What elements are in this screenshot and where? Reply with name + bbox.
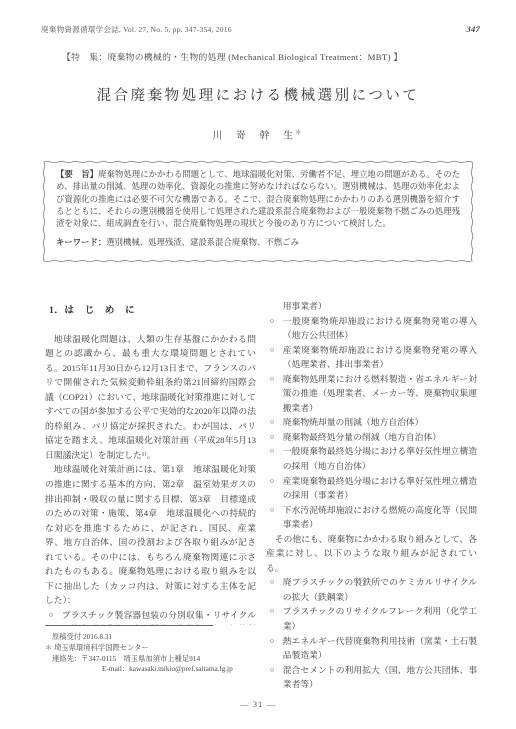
list-item: ○熱エネルギー代替廃棄物利用技術（窯業・土石製品製造業） <box>266 634 477 663</box>
list-item: ○混合セメントの利用拡大（国、地方公共団体、事業者等） <box>266 663 477 691</box>
author-name-text: 川 嵜 幹 生 <box>212 130 295 141</box>
keywords-label: キーワード： <box>56 238 106 247</box>
page-number-top: 347 <box>467 24 481 34</box>
feature-banner: 【特 集：廃棄物の機械的・生物的処理 (Mechanical Biologica… <box>62 50 476 63</box>
list-item: ○廃棄物最終処分量の削減（地方自治体） <box>266 430 477 445</box>
paragraph-1: 地球温暖化問題は、人類の生存基盤にかかわる問題との認識から、最も重大な環境問題と… <box>45 332 256 463</box>
list-item-text: 一般廃棄物焼却施設における廃棄物発電の導入（地方公共団体） <box>283 316 477 341</box>
list-item: ○一般廃棄物焼却施設における廃棄物発電の導入（地方公共団体） <box>266 314 477 343</box>
abstract-box: 【要 旨】廃棄物処理にかかわる問題として、地球温暖化対策、労働者不足、埋立地の問… <box>42 160 474 263</box>
list-item-text: 下水汚泥焼却施設における燃焼の高度化等（民間事業者） <box>283 505 477 530</box>
page-title: 混合廃棄物処理における機械選別について <box>0 84 516 105</box>
list-bullet-icon: ○ <box>270 575 275 590</box>
list-bullet-icon: ○ <box>270 343 275 358</box>
list-bullet-icon: ○ <box>270 474 275 489</box>
section-heading-introduction: 1．は じ め に <box>49 304 256 319</box>
abstract-label: 【要 旨】 <box>56 170 98 179</box>
list-item: ○廃プラスチックの製鉄所でのケミカルリサイクルの拡大（鉄鋼業） <box>266 575 477 604</box>
right-column: 用事業者） ○一般廃棄物焼却施設における廃棄物発電の導入（地方公共団体） ○産業… <box>266 299 477 691</box>
abstract-text: 廃棄物処理にかかわる問題として、地球温暖化対策、労働者不足、埋立地の問題がある。… <box>56 170 460 228</box>
list-bullet-icon: ○ <box>270 430 275 445</box>
policy-list-right-2: ○廃プラスチックの製鉄所でのケミカルリサイクルの拡大（鉄鋼業） ○プラスチックの… <box>266 575 477 691</box>
list-item-text: 廃棄物焼却量の削減（地方自治体） <box>283 417 424 427</box>
list-item: ○産業廃棄物焼却施設における廃棄物発電の導入（処理業者、排出事業者） <box>266 343 477 372</box>
journal-line: 廃棄物資源循環学会誌, Vol. 27, No. 5, pp. 347-354,… <box>41 24 232 35</box>
policy-list-right-1: ○一般廃棄物焼却施設における廃棄物発電の導入（地方公共団体） ○産業廃棄物焼却施… <box>266 314 477 532</box>
list-item-text: 産業廃棄物焼却施設における廃棄物発電の導入（処理業者、排出事業者） <box>283 345 477 370</box>
list-bullet-icon: ○ <box>270 604 275 619</box>
author-name: 川 嵜 幹 生＊ <box>0 127 516 141</box>
list-item-continuation: 用事業者） <box>266 299 477 314</box>
list-item-text: 一般廃棄物最終処分場における準好気性埋立構造の採用（地方自治体） <box>283 446 477 471</box>
list-bullet-icon: ○ <box>270 663 275 678</box>
page-footer-number: ― 31 ― <box>0 699 516 709</box>
list-bullet-icon: ○ <box>270 634 275 649</box>
footnote-rule <box>45 625 213 626</box>
list-item: ○下水汚泥焼却施設における燃焼の高度化等（民間事業者） <box>266 503 477 532</box>
list-bullet-icon: ○ <box>49 608 54 623</box>
list-item-text: 産業廃棄物最終処分場における準好気性埋立構造の採用（事業者） <box>283 476 477 501</box>
list-item-text: 廃棄物最終処分量の削減（地方自治体） <box>283 432 441 442</box>
list-item-text: プラスチックのリサイクルフレーク利用（化学工業） <box>283 606 477 631</box>
list-item-text: 混合セメントの利用拡大（国、地方公共団体、事業者等） <box>283 665 477 690</box>
paragraph-3: その他にも、廃棄物にかかわる取り組みとして、各産業に対し、以下のような取り組みが… <box>266 532 477 576</box>
list-item: ○産業廃棄物最終処分場における準好気性埋立構造の採用（事業者） <box>266 474 477 503</box>
list-bullet-icon: ○ <box>270 415 275 430</box>
footnote-block: 原稿受付 2016.8.31 ＊ 埼玉県環境科学国際センター 連絡先：〒347-… <box>45 625 256 675</box>
list-item: ○プラスチック製容器包装の分別収集・リサイクルの推進（消費者、容器製造と事業者、… <box>45 608 256 625</box>
list-bullet-icon: ○ <box>270 372 275 387</box>
keywords-text: 選別機械、処理残渣、建設系混合廃棄物、不燃ごみ <box>106 238 299 247</box>
list-item: ○プラスチックのリサイクルフレーク利用（化学工業） <box>266 604 477 633</box>
abstract-body: 【要 旨】廃棄物処理にかかわる問題として、地球温暖化対策、労働者不足、埋立地の問… <box>56 169 460 230</box>
list-item: ○一般廃棄物最終処分場における準好気性埋立構造の採用（地方自治体） <box>266 444 477 473</box>
left-column: 1．は じ め に 地球温暖化問題は、人類の生存基盤にかかわる問題との認識から、… <box>45 299 256 625</box>
author-affiliation-mark: ＊ <box>295 129 304 136</box>
footnote-email: E-mail：kawasaki.mikio@pref.saitama.lg.jp <box>102 664 256 675</box>
paragraph-2: 地球温暖化対策計画には、第1章 地球温暖化対策の推進に関する基本的方向、第2章 … <box>45 462 256 607</box>
list-item-text: プラスチック製容器包装の分別収集・リサイクルの推進（消費者、容器製造と事業者、容… <box>62 610 256 625</box>
list-item-text: 熱エネルギー代替廃棄物利用技術（窯業・土石製品製造業） <box>283 636 477 661</box>
page-header: 廃棄物資源循環学会誌, Vol. 27, No. 5, pp. 347-354,… <box>41 24 480 35</box>
list-bullet-icon: ○ <box>270 314 275 329</box>
footnote-contact-address: 連絡先：〒347-0115 埼玉県加須市上種足914 <box>52 654 256 665</box>
list-bullet-icon: ○ <box>270 503 275 518</box>
list-item-text: 廃棄物処理業における燃料製造・省エネルギー対策の推進（処理業者、メーカー等、廃棄… <box>283 374 477 413</box>
journal-page: 廃棄物資源循環学会誌, Vol. 27, No. 5, pp. 347-354,… <box>0 0 516 729</box>
list-item: ○廃棄物焼却量の削減（地方自治体） <box>266 415 477 430</box>
policy-list-left: ○プラスチック製容器包装の分別収集・リサイクルの推進（消費者、容器製造と事業者、… <box>45 608 256 625</box>
list-item-text: 廃プラスチックの製鉄所でのケミカルリサイクルの拡大（鉄鋼業） <box>283 577 477 602</box>
list-bullet-icon: ○ <box>270 444 275 459</box>
list-item: ○廃棄物処理業における燃料製造・省エネルギー対策の推進（処理業者、メーカー等、廃… <box>266 372 477 416</box>
footnote-affiliation: ＊ 埼玉県環境科学国際センター <box>45 643 256 654</box>
keywords-line: キーワード：選別機械、処理残渣、建設系混合廃棄物、不燃ごみ <box>56 236 460 248</box>
footnote-received-date: 原稿受付 2016.8.31 <box>52 632 256 643</box>
